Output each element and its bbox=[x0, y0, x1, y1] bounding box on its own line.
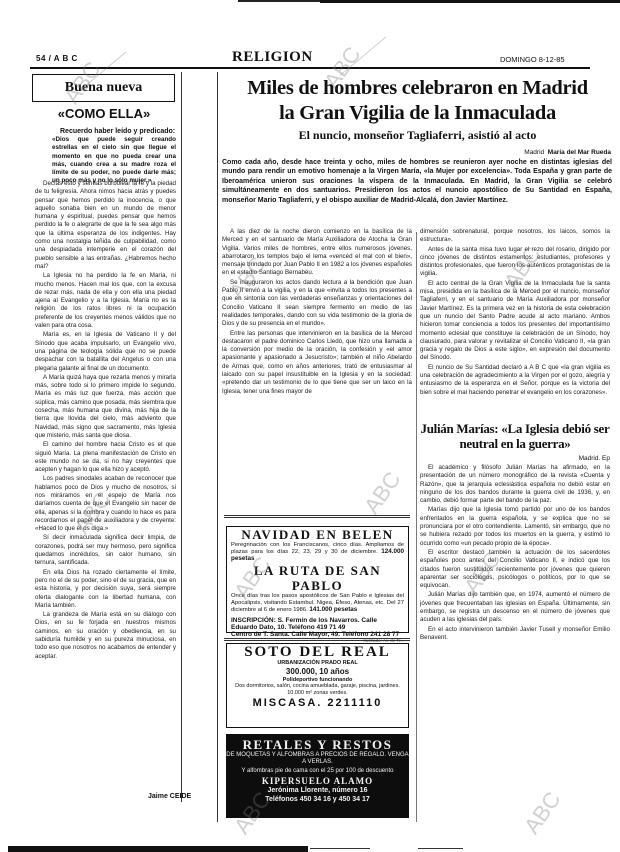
paragraph: En ella Dios ha rozado ciertamente el lí… bbox=[35, 569, 176, 610]
paragraph: Marías dijo que la Iglesia tomó partido … bbox=[420, 506, 610, 547]
watermark-stroke bbox=[340, 37, 387, 76]
section-title: RELIGION bbox=[232, 49, 313, 66]
main-body-col2: dimensión sobrenatural, porque nosotros,… bbox=[420, 228, 610, 398]
ad-phones: Teléfonos 450 34 16 y 450 34 17 bbox=[226, 796, 409, 805]
ad-text: Dos dormitorios, salón, cocina amueblada… bbox=[231, 683, 404, 696]
ad-title: SOTO DEL REAL bbox=[231, 644, 404, 660]
paragraph: El camino del hombre hacia Cristo es el … bbox=[35, 441, 176, 474]
headline-line-1: Miles de hombres celebraron en Madrid bbox=[220, 76, 615, 101]
ad-price: 300.000, 10 años bbox=[231, 667, 404, 677]
paragraph: Entre las personas que intervinieron en … bbox=[222, 330, 412, 396]
ads-separator bbox=[224, 638, 410, 641]
page-number: 54 / A B C bbox=[36, 54, 78, 63]
paragraph: La Iglesia no ha perdido la fe en María,… bbox=[35, 272, 176, 330]
main-subheadline: El nuncio, monseñor Tagliaferri, asistió… bbox=[220, 128, 615, 143]
column-divider bbox=[416, 232, 417, 822]
column-box-title: Buena nueva bbox=[32, 74, 175, 102]
column-box-label: Buena nueva bbox=[65, 80, 142, 96]
paragraph: La grandeza de María está en su diálogo … bbox=[35, 611, 176, 661]
column-title: «COMO ELLA» bbox=[32, 106, 176, 121]
ad-retales-y-restos: RETALES Y RESTOS DE MOQUETAS Y ALFOMBRAS… bbox=[226, 734, 409, 818]
column-body: Decías esto y sentías borbolear la fe y … bbox=[35, 180, 176, 662]
paragraph: María es, en la Iglesia de Vaticano II y… bbox=[35, 331, 176, 372]
column-quote: Recuerdo haber leído y predicado: «Dios … bbox=[52, 128, 176, 185]
second-headline: Julián Marías: «La Iglesia debió ser neu… bbox=[420, 421, 610, 451]
ad-navidad-en-belen: NAVIDAD EN BELEN Peregrinación con los F… bbox=[226, 526, 409, 633]
ad-text: Peregrinación con los Franciscanos, cinc… bbox=[231, 542, 404, 562]
paragraph: Los padres sinodales acaban de reconocer… bbox=[35, 475, 176, 533]
paragraph: dimensión sobrenatural, porque nosotros,… bbox=[420, 228, 610, 245]
issue-date: DOMINGO 8-12-85 bbox=[500, 55, 565, 64]
paragraph: A las diez de la noche dieron comienzo e… bbox=[222, 228, 412, 278]
ad-brand: KIPERSUELO ALAMO bbox=[226, 775, 409, 787]
ad-text: Y alfombras pie de cama con el 25 por 10… bbox=[226, 768, 409, 775]
watermark: ABC bbox=[359, 467, 406, 519]
quote-text: «Dios que puede seguir creando estrellas… bbox=[52, 136, 176, 184]
paragraph: El académico y filósofo Julián Marías ha… bbox=[420, 464, 610, 505]
paragraph: Decías esto y sentías borbolear la fe y … bbox=[35, 180, 176, 271]
main-body-col1: A las diez de la noche dieron comienzo e… bbox=[222, 228, 412, 397]
main-lede: Como cada año, desde hace treinta y ocho… bbox=[222, 158, 612, 205]
byline-place: Madrid bbox=[524, 149, 544, 156]
ads-separator bbox=[224, 515, 410, 518]
ad-contact: INSCRIPCIÓN: S. Fermín de los Navarros. … bbox=[231, 617, 404, 631]
ad-price: 141.000 pesetas bbox=[309, 606, 357, 613]
column-divider bbox=[217, 72, 218, 822]
second-byline: Madrid. Ep bbox=[540, 455, 610, 462]
quote-lead: Recuerdo haber leído y predicado: bbox=[52, 128, 176, 136]
column-signature: Jaime CEIDE bbox=[148, 793, 191, 800]
main-headline: Miles de hombres celebraron en Madrid la… bbox=[220, 76, 615, 126]
ad-phone: MISCASA. 2211110 bbox=[231, 696, 404, 710]
paragraph: En el acto intervinieron también Javier … bbox=[420, 626, 610, 643]
byline-author: María del Mar Rueda bbox=[548, 149, 611, 156]
paragraph: Se inauguraron los actos dando lectura a… bbox=[222, 279, 412, 329]
paragraph: Sí decir inmaculada significa decir limp… bbox=[35, 534, 176, 567]
ad-text: Once días tras los pasos apostólicos de … bbox=[231, 593, 404, 613]
ad-title: NAVIDAD EN BELEN bbox=[231, 527, 404, 542]
ad-text: DE MOQUETAS Y ALFOMBRAS A PRECIOS DE REG… bbox=[226, 752, 409, 766]
paragraph: Antes de la santa misa tuvo lugar el rez… bbox=[420, 246, 610, 279]
paragraph: A María quizá haya que rezarla menos y m… bbox=[35, 374, 176, 440]
top-edge-rule-bold bbox=[320, 0, 620, 3]
paragraph: El acto central de la Gran Vigilia de la… bbox=[420, 280, 610, 363]
ad-address: Jerónima Llorente, número 16 bbox=[226, 787, 409, 796]
bottom-edge-rule bbox=[310, 848, 370, 849]
ad-description: Peregrinación con los Franciscanos, cinc… bbox=[231, 542, 404, 555]
bottom-edge-rule bbox=[418, 848, 463, 849]
main-byline: Madrid María del Mar Rueda bbox=[440, 149, 611, 156]
ad-soto-del-real: SOTO DEL REAL URBANIZACIÓN PRADO REAL 30… bbox=[226, 643, 409, 728]
paragraph: Julián Marías dijo también que, en 1974,… bbox=[420, 591, 610, 624]
paragraph: El escritor destacó también la actuación… bbox=[420, 549, 610, 590]
bottom-edge-bar bbox=[8, 846, 308, 852]
paragraph: El nuncio de Su Santidad declaró a A B C… bbox=[420, 364, 610, 397]
watermark: ABC bbox=[519, 787, 566, 839]
second-body: El académico y filósofo Julián Marías ha… bbox=[420, 464, 610, 643]
headline-line-2: la Gran Vigilia de la Inmaculada bbox=[220, 101, 615, 126]
ad-title: RETALES Y RESTOS bbox=[226, 737, 409, 752]
header-rule bbox=[30, 67, 590, 69]
column-divider bbox=[181, 72, 182, 802]
ad-title: LA RUTA DE SAN PABLO bbox=[231, 563, 404, 593]
